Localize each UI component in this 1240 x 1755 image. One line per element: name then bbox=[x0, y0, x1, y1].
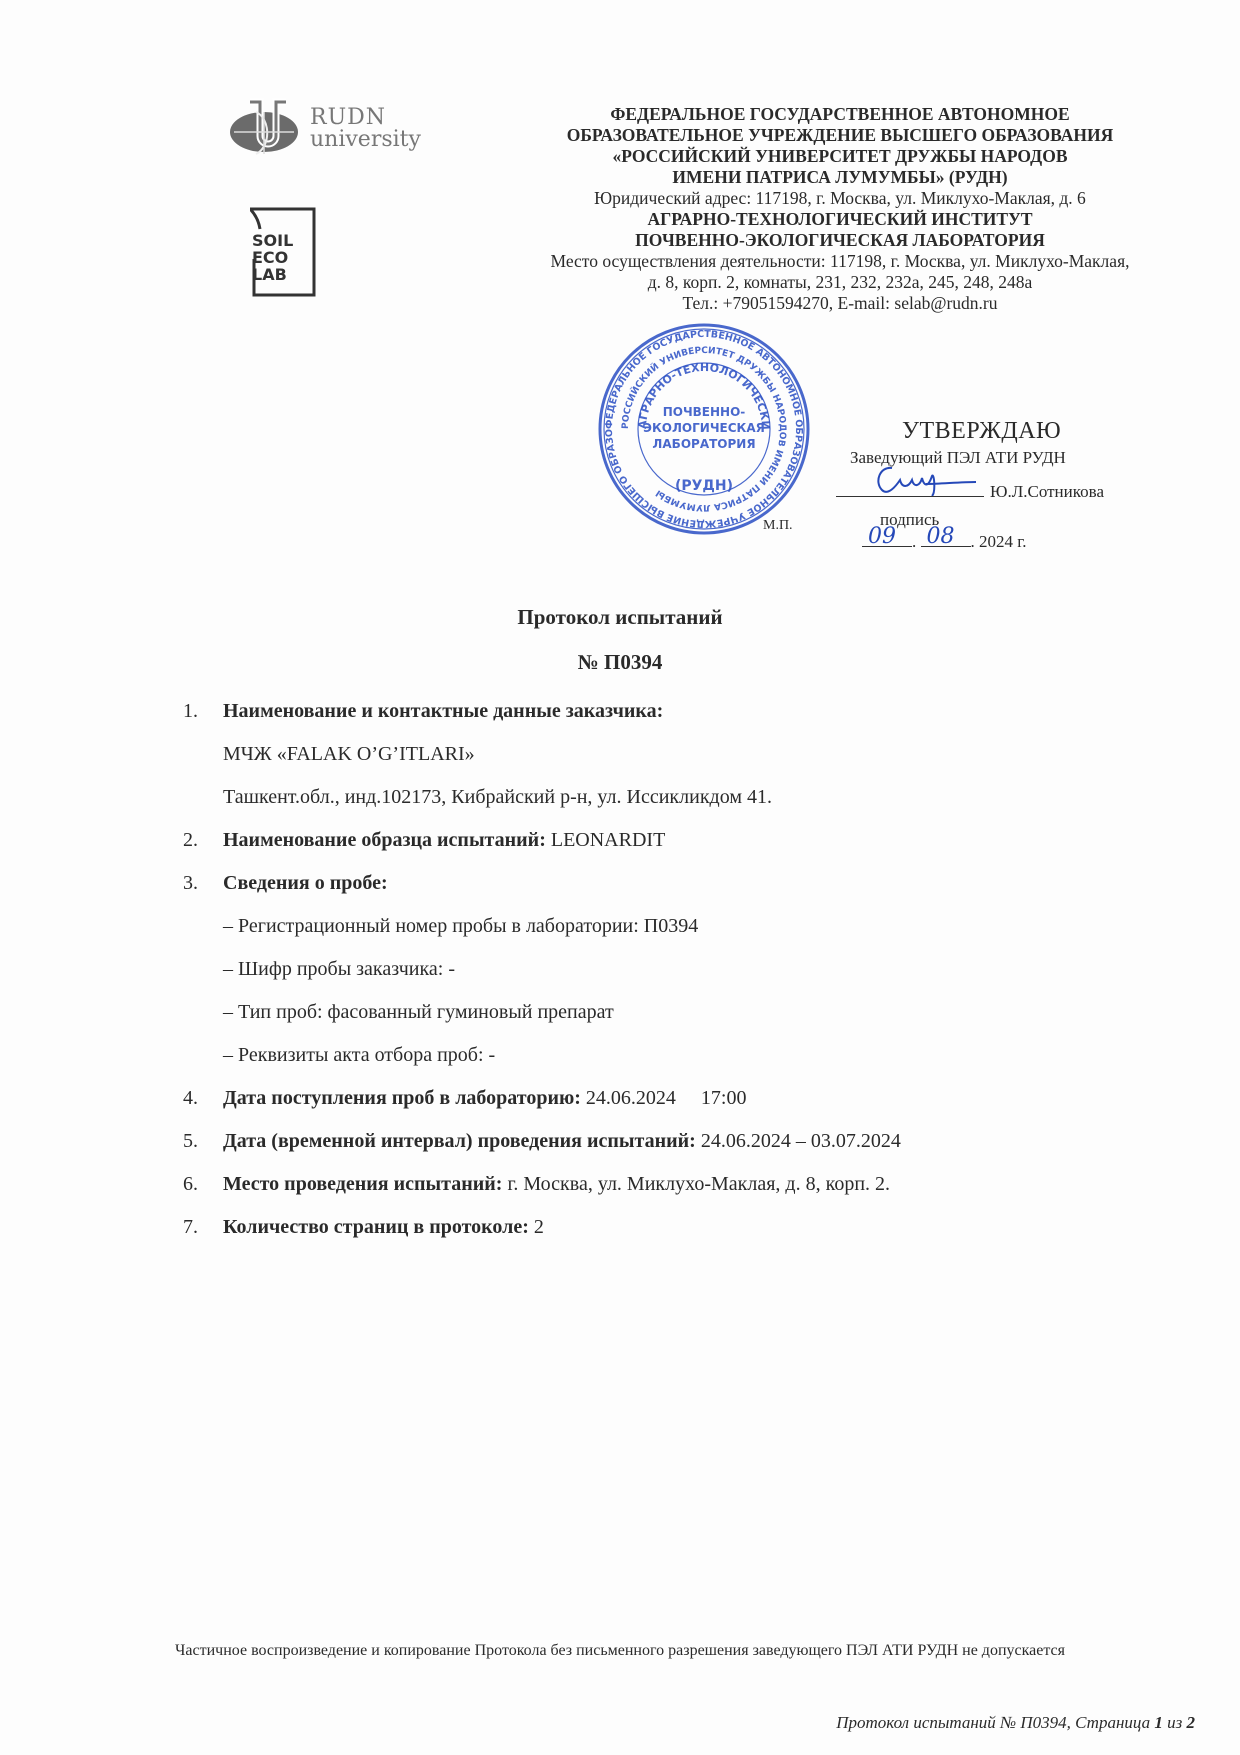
customer-name: МЧЖ «FALAK O’G’ITLARI» bbox=[183, 743, 475, 766]
institute-name: АГРАРНО-ТЕХНОЛОГИЧЕСКИЙ ИНСТИТУТ bbox=[470, 209, 1210, 230]
item-1: 1.Наименование и контактные данные заказ… bbox=[183, 700, 663, 723]
copy-restriction-note: Частичное воспроизведение и копирование … bbox=[100, 1640, 1140, 1661]
org-line-4: ИМЕНИ ПАТРИСА ЛУМУМБЫ» (РУДН) bbox=[470, 167, 1210, 188]
item-2: 2.Наименование образца испытаний: LEONAR… bbox=[183, 829, 665, 852]
soil-eco-lab-line2: ECO bbox=[252, 249, 293, 266]
testing-interval: 24.06.2024 – 03.07.2024 bbox=[696, 1130, 901, 1152]
stamp-center-2: ЭКОЛОГИЧЕСКАЯ bbox=[643, 421, 765, 435]
customer-address: Ташкент.обл., инд.102173, Кибрайский р-н… bbox=[183, 786, 772, 809]
activity-address-2: д. 8, корп. 2, комнаты, 231, 232, 232а, … bbox=[470, 272, 1210, 293]
item-number: 1. bbox=[183, 700, 223, 723]
sample-reg-number: – Регистрационный номер пробы в лаборато… bbox=[183, 915, 698, 938]
item-label: Количество страниц в протоколе: bbox=[223, 1216, 529, 1238]
stamp-bottom: (РУДН) bbox=[675, 478, 733, 494]
rudn-logo-line2: university bbox=[310, 129, 421, 151]
sample-type: – Тип проб: фасованный гуминовый препара… bbox=[183, 1001, 614, 1024]
stamp-place-label: М.П. bbox=[763, 518, 793, 534]
receipt-date: 24.06.2024 17:00 bbox=[581, 1087, 747, 1109]
item-label: Сведения о пробе: bbox=[223, 872, 388, 894]
soil-eco-lab-line1: SOIL bbox=[252, 232, 293, 249]
rudn-logo-line1: RUDN bbox=[310, 107, 421, 129]
item-number: 3. bbox=[183, 872, 223, 895]
contacts: Тел.: +79051594270, E-mail: selab@rudn.r… bbox=[470, 293, 1210, 314]
official-stamp: ФЕДЕРАЛЬНОЕ ГОСУДАРСТВЕННОЕ АВТОНОМНОЕ О… bbox=[590, 322, 818, 536]
approver-name: Ю.Л.Сотникова bbox=[990, 482, 1104, 502]
legal-address: Юридический адрес: 117198, г. Москва, ул… bbox=[470, 188, 1210, 209]
item-label: Наименование образца испытаний: bbox=[223, 829, 546, 851]
item-5: 5.Дата (временной интервал) проведения и… bbox=[183, 1130, 901, 1153]
item-label: Дата поступления проб в лабораторию: bbox=[223, 1087, 581, 1109]
item-6: 6.Место проведения испытаний: г. Москва,… bbox=[183, 1173, 890, 1196]
handwritten-signature-icon bbox=[870, 462, 980, 500]
sample-customer-code: – Шифр пробы заказчика: - bbox=[183, 958, 455, 981]
approval-month: 08 bbox=[927, 524, 955, 549]
activity-address-1: Место осуществления деятельности: 117198… bbox=[470, 251, 1210, 272]
org-line-1: ФЕДЕРАЛЬНОЕ ГОСУДАРСТВЕННОЕ АВТОНОМНОЕ bbox=[470, 104, 1210, 125]
soil-eco-lab-line3: LAB bbox=[252, 266, 293, 283]
item-label: Наименование и контактные данные заказчи… bbox=[223, 700, 663, 722]
rudn-globe-icon bbox=[228, 98, 300, 160]
rudn-logo: RUDN university bbox=[228, 98, 421, 160]
approval-date: 09. 08. 2024 г. bbox=[862, 530, 1027, 552]
page-current: 1 bbox=[1154, 1713, 1163, 1732]
item-number: 7. bbox=[183, 1216, 223, 1239]
stamp-center-1: ПОЧВЕННО- bbox=[663, 405, 746, 419]
item-number: 2. bbox=[183, 829, 223, 852]
page-total: 2 bbox=[1187, 1713, 1196, 1732]
laboratory-name: ПОЧВЕННО-ЭКОЛОГИЧЕСКАЯ ЛАБОРАТОРИЯ bbox=[470, 230, 1210, 251]
stamp-seal-icon: ФЕДЕРАЛЬНОЕ ГОСУДАРСТВЕННОЕ АВТОНОМНОЕ О… bbox=[590, 322, 818, 536]
document-number: № П0394 bbox=[0, 650, 1240, 675]
page-reference: Протокол испытаний № П0394, Страница 1 и… bbox=[740, 1713, 1195, 1733]
item-7: 7.Количество страниц в протоколе: 2 bbox=[183, 1216, 544, 1239]
approval-year: . 2024 г. bbox=[971, 532, 1027, 551]
item-number: 5. bbox=[183, 1130, 223, 1153]
page-count: 2 bbox=[529, 1216, 544, 1238]
approval-day: 09 bbox=[868, 524, 896, 549]
sample-name: LEONARDIT bbox=[546, 829, 665, 851]
item-number: 6. bbox=[183, 1173, 223, 1196]
sampling-act: – Реквизиты акта отбора проб: - bbox=[183, 1044, 495, 1067]
item-number: 4. bbox=[183, 1087, 223, 1110]
organization-header: ФЕДЕРАЛЬНОЕ ГОСУДАРСТВЕННОЕ АВТОНОМНОЕ О… bbox=[470, 104, 1210, 314]
item-label: Дата (временной интервал) проведения исп… bbox=[223, 1130, 696, 1152]
testing-location: г. Москва, ул. Миклухо-Маклая, д. 8, кор… bbox=[502, 1173, 890, 1195]
soil-eco-lab-logo: SOIL ECO LAB bbox=[250, 207, 316, 297]
item-3: 3.Сведения о пробе: bbox=[183, 872, 388, 895]
item-label: Место проведения испытаний: bbox=[223, 1173, 502, 1195]
page-sep: из bbox=[1163, 1713, 1187, 1732]
item-4: 4.Дата поступления проб в лабораторию: 2… bbox=[183, 1087, 746, 1110]
stamp-center-3: ЛАБОРАТОРИЯ bbox=[652, 437, 755, 451]
document-title: Протокол испытаний bbox=[0, 605, 1240, 630]
approval-title: УТВЕРЖДАЮ bbox=[902, 418, 1061, 445]
page-ref-prefix: Протокол испытаний № П0394, Страница bbox=[836, 1713, 1154, 1732]
org-line-2: ОБРАЗОВАТЕЛЬНОЕ УЧРЕЖДЕНИЕ ВЫСШЕГО ОБРАЗ… bbox=[470, 125, 1210, 146]
signature-line bbox=[836, 496, 984, 497]
org-line-3: «РОССИЙСКИЙ УНИВЕРСИТЕТ ДРУЖБЫ НАРОДОВ bbox=[470, 146, 1210, 167]
